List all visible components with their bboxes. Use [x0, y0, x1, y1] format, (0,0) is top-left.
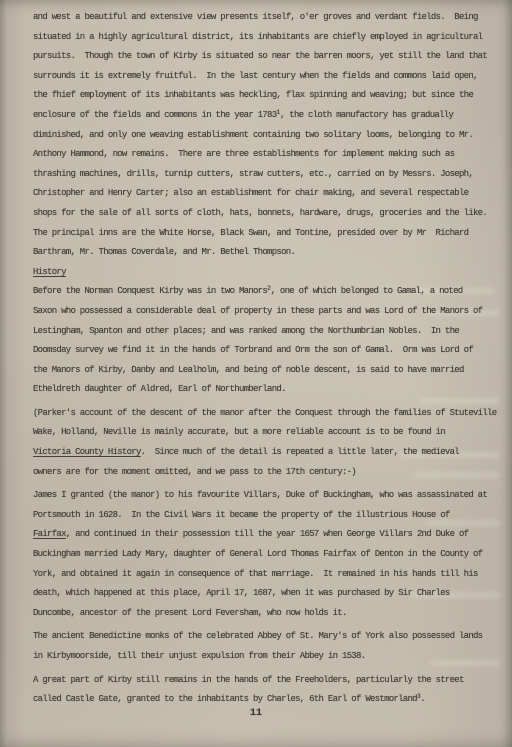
text-line: Barthram, Mr. Thomas Coverdale, and Mr. …: [33, 243, 498, 263]
text-line: Before the Norman Conquest Kirby was in …: [33, 282, 498, 302]
text-line: the Manors of Kirby, Danby and Lealholm,…: [33, 361, 498, 381]
text-segment: Victoria County History: [33, 447, 141, 457]
text-line: enclosure of the fields and commons in t…: [33, 106, 498, 126]
text-segment: The principal inns are the White Horse, …: [33, 228, 468, 238]
text-segment: Buckingham married Lady Mary, daughter o…: [33, 549, 482, 559]
text-segment: surrounds it is extremely fruitful. In t…: [33, 71, 478, 81]
text-segment: enclosure of the fields and commons in t…: [33, 110, 276, 120]
text-segment: , the cloth manufactory has gradually: [280, 110, 453, 120]
text-line: A great part of Kirby still remains in t…: [33, 671, 498, 691]
text-line: York, and obtained it again in consequen…: [33, 565, 498, 585]
text-segment: Wake, Holland, Neville is mainly accurat…: [33, 427, 445, 437]
text-line: Anthony Hammond, now remains. There are …: [33, 145, 498, 165]
paragraph: A great part of Kirby still remains in t…: [33, 671, 498, 710]
text-segment: death, which happened at this place, Apr…: [33, 588, 450, 598]
text-segment: situated in a highly agricultural distri…: [33, 32, 482, 42]
text-line: in Kirbymoorside, till their unjust expu…: [33, 647, 498, 667]
text-segment: .: [420, 694, 425, 704]
page-number: 11: [0, 708, 512, 719]
text-line: Buckingham married Lady Mary, daughter o…: [33, 545, 498, 565]
text-line: owners are for the moment omitted, and w…: [33, 463, 498, 483]
text-segment: York, and obtained it again in consequen…: [33, 569, 478, 579]
text-segment: Lestingham, Spanton and other places; an…: [33, 326, 459, 336]
section-heading: History: [33, 263, 498, 283]
footnote-reference: 3: [417, 693, 421, 700]
footnote-reference: 1: [276, 109, 280, 116]
text-segment: The ancient Benedictine monks of the cel…: [33, 631, 482, 641]
text-line: surrounds it is extremely fruitful. In t…: [33, 67, 498, 87]
text-line: Lestingham, Spanton and other places; an…: [33, 322, 498, 342]
text-line: History: [33, 263, 498, 283]
text-segment: , and continued in their possession till…: [66, 529, 469, 539]
text-line: Duncombe, ancestor of the present Lord F…: [33, 604, 498, 624]
text-line: pursuits. Though the town of Kirby is si…: [33, 47, 498, 67]
text-segment: shops for the sale of all sorts of cloth…: [33, 208, 487, 218]
text-segment: the Manors of Kirby, Danby and Lealholm,…: [33, 365, 464, 375]
text-segment: Etheldreth daughter of Aldred, Earl of N…: [33, 384, 286, 394]
paragraph: The ancient Benedictine monks of the cel…: [33, 627, 498, 666]
document-body: and west a beautiful and extensive view …: [33, 8, 498, 714]
footnote-reference: 2: [267, 285, 271, 292]
text-segment: Doomsday survey we find it in the hands …: [33, 345, 473, 355]
text-segment: Saxon who possessed a considerable deal …: [33, 306, 482, 316]
text-line: (Parker's account of the descent of the …: [33, 404, 498, 424]
text-line: Christopher and Henry Carter; also an es…: [33, 184, 498, 204]
text-segment: Fairfax: [33, 529, 66, 539]
text-segment: thrashing machines, drills, turnip cutte…: [33, 169, 473, 179]
text-line: Portsmouth in 1628. In the Civil Wars it…: [33, 506, 498, 526]
text-line: Saxon who possessed a considerable deal …: [33, 302, 498, 322]
text-segment: Portsmouth in 1628. In the Civil Wars it…: [33, 510, 450, 520]
text-line: Wake, Holland, Neville is mainly accurat…: [33, 423, 498, 443]
text-segment: James I granted (the manor) to his favou…: [33, 490, 487, 500]
text-segment: called Castle Gate, granted to the inhab…: [33, 694, 417, 704]
text-line: and west a beautiful and extensive view …: [33, 8, 498, 28]
text-segment: in Kirbymoorside, till their unjust expu…: [33, 651, 365, 661]
text-segment: , one of which belonged to Gamal, a note…: [271, 286, 463, 296]
text-line: Fairfax, and continued in their possessi…: [33, 525, 498, 545]
text-line: the fhief employment of its inhabitants …: [33, 86, 498, 106]
text-line: Doomsday survey we find it in the hands …: [33, 341, 498, 361]
text-segment: and west a beautiful and extensive view …: [33, 12, 478, 22]
text-line: Victoria County History. Since much of t…: [33, 443, 498, 463]
text-line: diminished, and only one weaving establi…: [33, 126, 498, 146]
text-line: Etheldreth daughter of Aldred, Earl of N…: [33, 380, 498, 400]
text-line: situated in a highly agricultural distri…: [33, 28, 498, 48]
paragraph: Before the Norman Conquest Kirby was in …: [33, 282, 498, 400]
text-line: The principal inns are the White Horse, …: [33, 224, 498, 244]
text-segment: Duncombe, ancestor of the present Lord F…: [33, 608, 347, 618]
text-line: thrashing machines, drills, turnip cutte…: [33, 165, 498, 185]
text-line: death, which happened at this place, Apr…: [33, 584, 498, 604]
text-segment: Anthony Hammond, now remains. There are …: [33, 149, 454, 159]
paragraph: and west a beautiful and extensive view …: [33, 8, 498, 263]
text-segment: (Parker's account of the descent of the …: [33, 408, 496, 418]
text-segment: Barthram, Mr. Thomas Coverdale, and Mr. …: [33, 247, 295, 257]
text-line: shops for the sale of all sorts of cloth…: [33, 204, 498, 224]
text-segment: Before the Norman Conquest Kirby was in …: [33, 286, 267, 296]
text-segment: diminished, and only one weaving establi…: [33, 130, 473, 140]
text-segment: . Since much of the detail is repeated a…: [141, 447, 459, 457]
text-segment: the fhief employment of its inhabitants …: [33, 90, 473, 100]
text-segment: A great part of Kirby still remains in t…: [33, 675, 464, 685]
paragraph: James I granted (the manor) to his favou…: [33, 486, 498, 623]
text-segment: owners are for the moment omitted, and w…: [33, 467, 356, 477]
text-segment: History: [33, 267, 66, 277]
text-segment: Christopher and Henry Carter; also an es…: [33, 188, 468, 198]
text-line: The ancient Benedictine monks of the cel…: [33, 627, 498, 647]
paragraph: (Parker's account of the descent of the …: [33, 404, 498, 482]
text-segment: pursuits. Though the town of Kirby is si…: [33, 51, 487, 61]
text-line: James I granted (the manor) to his favou…: [33, 486, 498, 506]
text-line: called Castle Gate, granted to the inhab…: [33, 690, 498, 710]
